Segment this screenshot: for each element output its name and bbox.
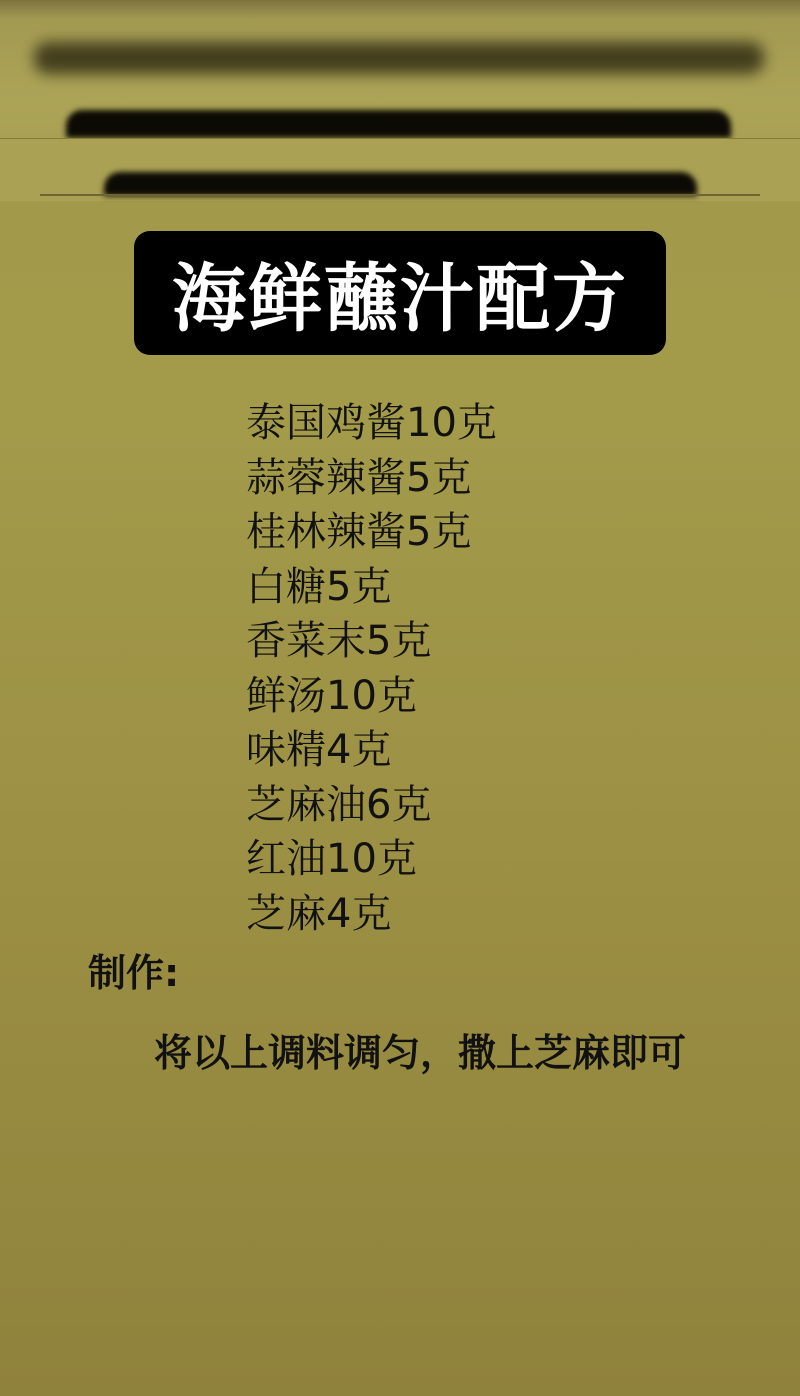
redacted-bar [66, 110, 731, 138]
page-title: 海鲜蘸汁配方 [172, 240, 628, 346]
list-item: 白糖5克 [246, 560, 497, 615]
method-heading: 制作: [88, 942, 179, 997]
redacted-bar [104, 172, 697, 196]
list-item: 味精4克 [246, 723, 497, 778]
redacted-bar [34, 42, 764, 74]
list-item: 蒜蓉辣酱5克 [246, 451, 497, 506]
list-item: 泰国鸡酱10克 [246, 396, 497, 451]
list-item: 鲜汤10克 [246, 669, 497, 724]
header-area [0, 0, 800, 200]
list-item: 红油10克 [246, 832, 497, 887]
list-item: 芝麻4克 [246, 887, 497, 942]
method-instructions: 将以上调料调匀，撒上芝麻即可 [140, 1030, 700, 1076]
list-item: 桂林辣酱5克 [246, 505, 497, 560]
title-banner: 海鲜蘸汁配方 [134, 231, 666, 355]
ingredient-list: 泰国鸡酱10克 蒜蓉辣酱5克 桂林辣酱5克 白糖5克 香菜末5克 鲜汤10克 味… [246, 396, 497, 941]
list-item: 香菜末5克 [246, 614, 497, 669]
list-item: 芝麻油6克 [246, 778, 497, 833]
divider-line [40, 194, 760, 196]
